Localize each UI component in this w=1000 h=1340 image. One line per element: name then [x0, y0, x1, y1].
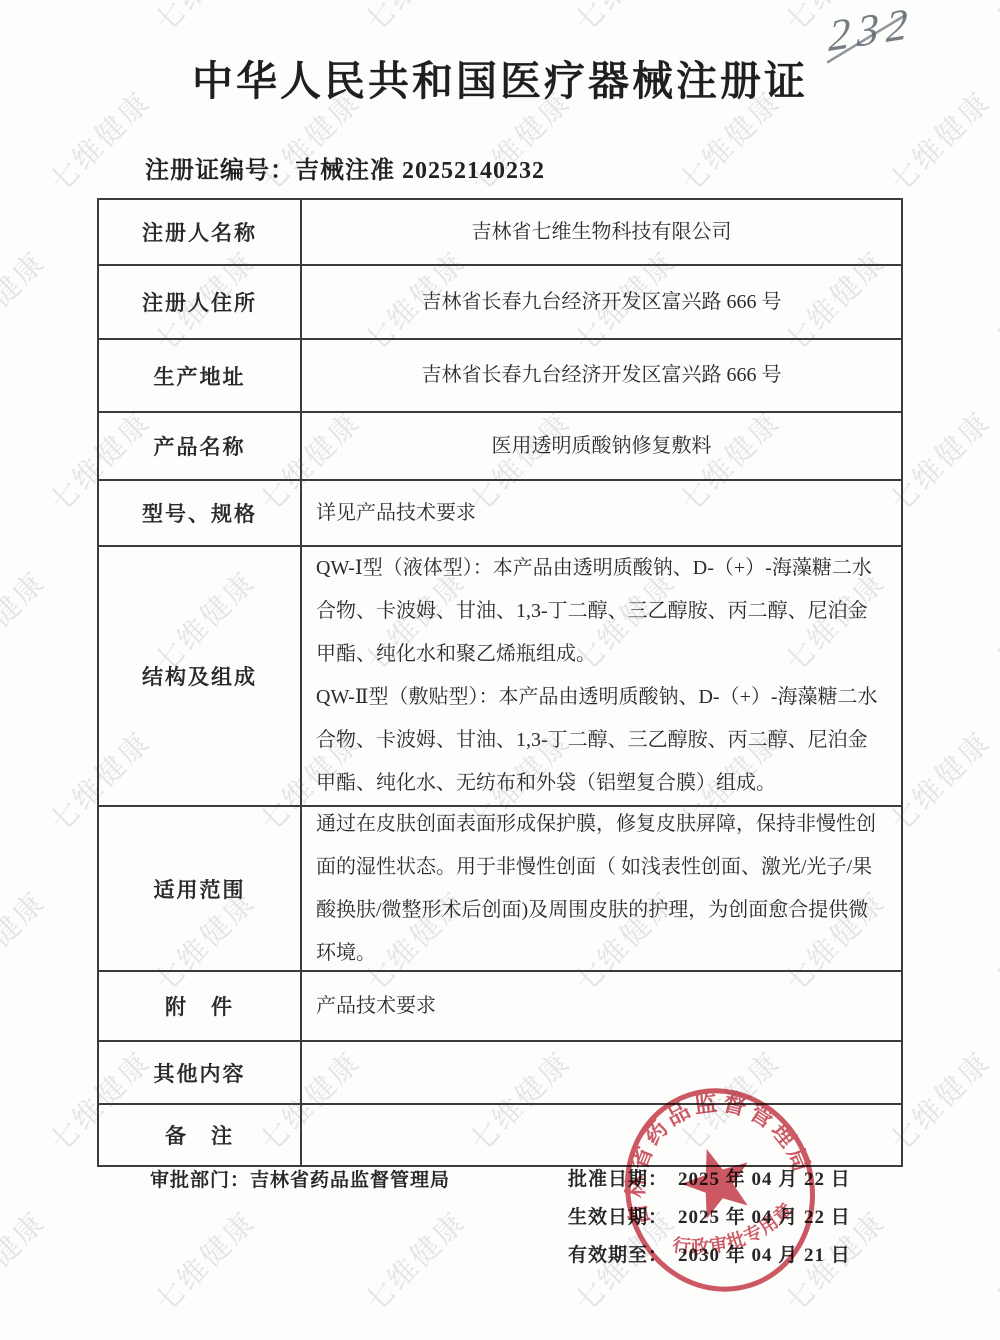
watermark-text: 七维健康: [984, 1201, 1000, 1321]
table-row: 型号、规格详见产品技术要求: [99, 481, 901, 547]
date-value: 2025 年 04 月 22 日: [678, 1164, 851, 1191]
row-label: 型号、规格: [99, 481, 302, 545]
row-value: 医用透明质酸钠修复敷料: [302, 413, 901, 479]
watermark-text: 七维健康: [0, 0, 54, 40]
watermark-text: 七维健康: [0, 1201, 54, 1321]
row-value: 详见产品技术要求: [302, 481, 901, 545]
watermark-text: 七维健康: [354, 1201, 474, 1321]
table-row: 适用范围通过在皮肤创面表面形成保护膜，修复皮肤屏障，保持非慢性创面的湿性状态。用…: [99, 807, 901, 972]
registration-table: 注册人名称吉林省七维生物科技有限公司注册人住所吉林省长春九台经济开发区富兴路 6…: [97, 198, 903, 1167]
row-value-paragraph: 详见产品技术要求: [316, 492, 887, 535]
watermark-text: 七维健康: [984, 0, 1000, 40]
approval-dept: 审批部门：吉林省药品监督管理局: [150, 1165, 450, 1192]
watermark-text: 七维健康: [0, 241, 54, 361]
row-value: 通过在皮肤创面表面形成保护膜，修复皮肤屏障，保持非慢性创面的湿性状态。用于非慢性…: [302, 807, 901, 970]
row-value: QW-Ⅰ型（液体型）：本产品由透明质酸钠、D-（+）-海藻糖二水合物、卡波姆、甘…: [302, 547, 901, 805]
date-line: 生效日期：2025 年 04 月 22 日: [568, 1196, 851, 1234]
page-title: 中华人民共和国医疗器械注册证: [0, 48, 1000, 107]
watermark-text: 七维健康: [354, 0, 474, 40]
date-value: 2030 年 04 月 21 日: [678, 1240, 851, 1267]
row-label: 生产地址: [99, 340, 302, 411]
row-label: 产品名称: [99, 413, 302, 479]
watermark-text: 七维健康: [0, 881, 54, 1001]
row-value-paragraph: QW-Ⅱ型（敷贴型）：本产品由透明质酸钠、D-（+）-海藻糖二水合物、卡波姆、甘…: [316, 676, 887, 805]
row-label: 适用范围: [99, 807, 302, 970]
row-value-paragraph: 吉林省七维生物科技有限公司: [316, 211, 887, 254]
table-row: 备 注: [99, 1105, 901, 1165]
watermark-text: 七维健康: [984, 881, 1000, 1001]
watermark-text: 七维健康: [144, 0, 264, 40]
watermark-text: 七维健康: [0, 561, 54, 681]
date-label: 有效期至：: [568, 1240, 668, 1267]
row-value-paragraph: 吉林省长春九台经济开发区富兴路 666 号: [316, 281, 887, 324]
row-value: 产品技术要求: [302, 972, 901, 1040]
date-value: 2025 年 04 月 22 日: [678, 1202, 851, 1229]
table-row: 注册人名称吉林省七维生物科技有限公司: [99, 200, 901, 266]
table-row: 注册人住所吉林省长春九台经济开发区富兴路 666 号: [99, 266, 901, 340]
row-label: 其他内容: [99, 1042, 302, 1103]
table-row: 结构及组成QW-Ⅰ型（液体型）：本产品由透明质酸钠、D-（+）-海藻糖二水合物、…: [99, 547, 901, 807]
row-value-paragraph: 吉林省长春九台经济开发区富兴路 666 号: [316, 354, 887, 397]
row-value-paragraph: 产品技术要求: [316, 985, 887, 1028]
watermark-text: 七维健康: [984, 241, 1000, 361]
certificate-page: 七维健康七维健康七维健康七维健康七维健康七维健康七维健康七维健康七维健康七维健康…: [0, 0, 1000, 1340]
row-label: 注册人名称: [99, 200, 302, 264]
date-list: 批准日期：2025 年 04 月 22 日生效日期：2025 年 04 月 22…: [568, 1158, 851, 1272]
row-value-paragraph: 通过在皮肤创面表面形成保护膜，修复皮肤屏障，保持非慢性创面的湿性状态。用于非慢性…: [316, 803, 887, 975]
row-value: 吉林省七维生物科技有限公司: [302, 200, 901, 264]
table-row: 生产地址吉林省长春九台经济开发区富兴路 666 号: [99, 340, 901, 413]
cert-number-line: 注册证编号：吉械注准 20252140232: [145, 150, 545, 185]
row-label: 附 件: [99, 972, 302, 1040]
table-row: 产品名称医用透明质酸钠修复敷料: [99, 413, 901, 481]
date-label: 生效日期：: [568, 1202, 668, 1229]
approval-dept-label: 审批部门：: [150, 1170, 250, 1191]
date-line: 批准日期：2025 年 04 月 22 日: [568, 1158, 851, 1196]
cert-number-label: 注册证编号：: [145, 158, 295, 184]
cert-number-value: 吉械注准 20252140232: [295, 158, 545, 184]
watermark-text: 七维健康: [564, 0, 684, 40]
row-value: 吉林省长春九台经济开发区富兴路 666 号: [302, 340, 901, 411]
row-value-paragraph: QW-Ⅰ型（液体型）：本产品由透明质酸钠、D-（+）-海藻糖二水合物、卡波姆、甘…: [316, 547, 887, 676]
date-line: 有效期至：2030 年 04 月 21 日: [568, 1234, 851, 1272]
watermark-text: 七维健康: [144, 1201, 264, 1321]
approval-dept-value: 吉林省药品监督管理局: [250, 1170, 450, 1191]
date-label: 批准日期：: [568, 1164, 668, 1191]
row-label: 结构及组成: [99, 547, 302, 805]
table-row: 附 件产品技术要求: [99, 972, 901, 1042]
row-label: 注册人住所: [99, 266, 302, 338]
row-value: [302, 1042, 901, 1103]
row-value: [302, 1105, 901, 1165]
row-label: 备 注: [99, 1105, 302, 1165]
table-row: 其他内容: [99, 1042, 901, 1105]
row-value-paragraph: 医用透明质酸钠修复敷料: [316, 425, 887, 468]
watermark-text: 七维健康: [984, 561, 1000, 681]
row-value: 吉林省长春九台经济开发区富兴路 666 号: [302, 266, 901, 338]
